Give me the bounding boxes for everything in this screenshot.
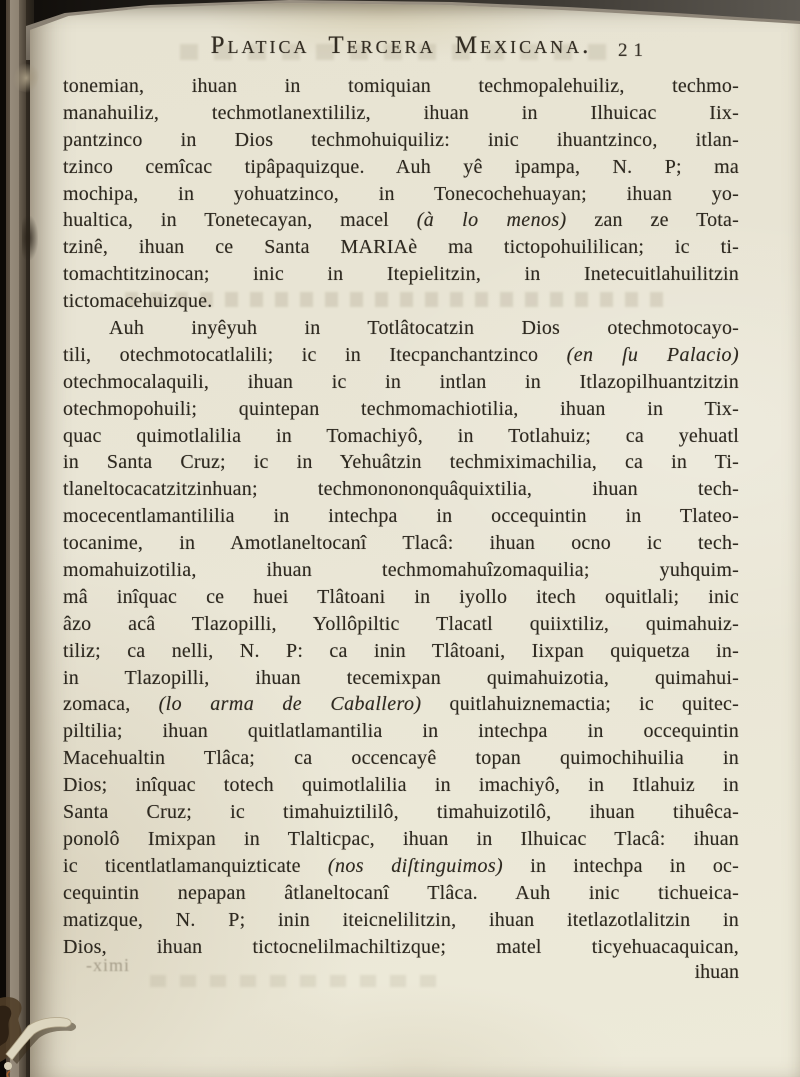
text-line: tili, otechmotocatlalili; ic in Itecpanc… bbox=[63, 342, 739, 369]
text-line: manahuiliz, techmotlanextililiz, ihuan i… bbox=[63, 100, 739, 127]
text-line: pantzinco in Dios techmohuiquiliz: inic … bbox=[63, 127, 739, 154]
catchword: ihuan bbox=[63, 961, 739, 984]
text-line: tzinco cemîcac tipâpaquizque. Auh yê ipa… bbox=[63, 154, 739, 181]
text-line: tzinê, ihuan ce Santa MARIAè ma tictopoh… bbox=[63, 234, 739, 261]
text-line: tiliz; ca nelli, N. P: ca inin Tlâtoani,… bbox=[63, 638, 739, 665]
text-line: Auh inyêyuh in Totlâtocatzin Dios otechm… bbox=[63, 315, 739, 342]
scanned-book-page: Platica Tercera Mexicana. 21 tonemian, i… bbox=[0, 0, 800, 1077]
text-line: otechmopohuili; quintepan techmomachioti… bbox=[63, 396, 739, 423]
text-line: tocanime, in Amotlaneltocanî Tlacâ: ihua… bbox=[63, 530, 739, 557]
text-line: mochipa, in yohuatzinco, in Tonecochehua… bbox=[63, 181, 739, 208]
body-text: tonemian, ihuan in tomiquian techmopaleh… bbox=[63, 73, 739, 960]
text-line: mâ inîquac ce huei Tlâtoani in iyollo it… bbox=[63, 584, 739, 611]
gutter-shadow-notch bbox=[22, 216, 38, 260]
text-line: quac quimotlalilia in Tomachiyô, in Totl… bbox=[63, 423, 739, 450]
text-line: in Santa Cruz; ic in Yehuâtzin techmixim… bbox=[63, 449, 739, 476]
text-line: otechmocalaquili, ihuan ic in intlan in … bbox=[63, 369, 739, 396]
text-line: Dios; inîquac totech quimotlalilia in im… bbox=[63, 772, 739, 799]
page-number: 21 bbox=[618, 40, 649, 62]
text-line: cequintin nepapan âtlaneltocanî Tlâca. A… bbox=[63, 880, 739, 907]
text-line: piltilia; ihuan quitlatlamantilia in int… bbox=[63, 718, 739, 745]
text-line: tlaneltocacatzitzinhuan; techmonononquâq… bbox=[63, 476, 739, 503]
book-page-paper: Platica Tercera Mexicana. 21 tonemian, i… bbox=[30, 0, 800, 1077]
text-line: tomachtitzinocan; inic in Itepielitzin, … bbox=[63, 261, 739, 288]
text-line: ic ticentlatlamanquizticate (nos diſting… bbox=[63, 853, 739, 880]
text-line: mocecentlamantililia in intechpa in occe… bbox=[63, 503, 739, 530]
text-line: Dios, ihuan tictocnelilmachiltizque; mat… bbox=[63, 934, 739, 961]
text-line: âzo acâ Tlazopilli, Yollôpiltic Tlacatl … bbox=[63, 611, 739, 638]
text-line: matizque, N. P; inin iteicnelilitzin, ih… bbox=[63, 907, 739, 934]
text-line: Santa Cruz; ic timahuiztililô, timahuizo… bbox=[63, 799, 739, 826]
text-line: ponolô Imixpan in Tlalticpac, ihuan in I… bbox=[63, 826, 739, 853]
text-line: momahuizotilia, ihuan techmomahuîzomaqui… bbox=[63, 557, 739, 584]
text-line: tonemian, ihuan in tomiquian techmopaleh… bbox=[63, 73, 739, 100]
text-line: tictomacehuizque. bbox=[63, 288, 739, 315]
text-line: zomaca, (lo arma de Caballero) quitlahui… bbox=[63, 691, 739, 718]
text-line: Macehualtin Tlâca; ca occencayê topan qu… bbox=[63, 745, 739, 772]
paper-tear-icon bbox=[0, 992, 100, 1077]
text-line: hualtica, in Tonetecayan, macel (à lo me… bbox=[63, 207, 739, 234]
book-binding-gutter bbox=[0, 0, 34, 1077]
text-line: in Tlazopilli, ihuan tecemixpan quimahui… bbox=[63, 665, 739, 692]
